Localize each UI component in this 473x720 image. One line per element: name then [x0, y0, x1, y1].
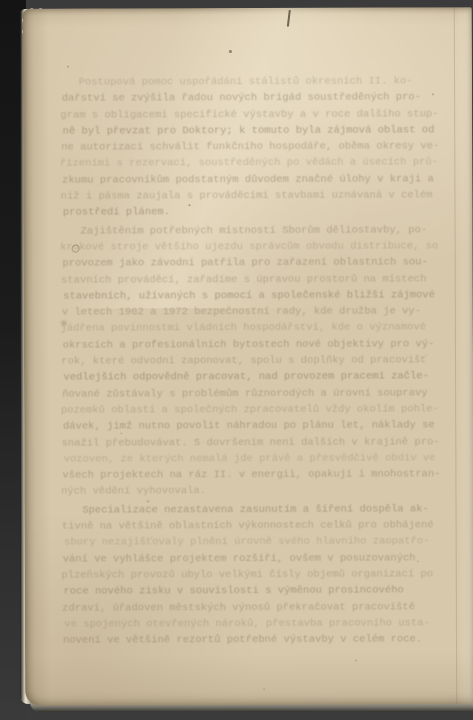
text-line: novení ve většině rezortů potřebné výsta…	[63, 631, 442, 649]
text-line: sbory nezajišťovaly plnění úrovně svého …	[64, 534, 443, 552]
text-line: tivně na většině oblastních výkonnostech…	[62, 517, 441, 535]
paragraph: Postupová pomoc uspořádání stálistů okre…	[61, 73, 441, 221]
text-line: jádřena povinnostmi vládních hospodářstv…	[60, 320, 439, 338]
text-line: ně byl převzat pro Doktory; k tomuto byl…	[63, 122, 442, 140]
text-line: Zajištěním potřebných místností Sborům d…	[62, 222, 441, 240]
text-line: dařství se zvýšila řadou nových brigád s…	[62, 90, 441, 108]
text-line: okrscích a profesionálních bytostech nov…	[63, 336, 442, 354]
paper-fold-line	[454, 7, 457, 704]
text-block: Postupová pomoc uspořádání stálistů okre…	[61, 73, 442, 649]
text-line: v letech 1962 a 1972 bezpečnostní rady, …	[62, 303, 441, 321]
speck-mark	[67, 66, 69, 68]
text-line: ňované zůstávaly s problémům různorodých…	[62, 385, 441, 403]
text-line: vedlejších odpovědně pracovat, nad provo…	[63, 369, 442, 387]
text-line: vání ve vyhlášce projektem rozšíří, ovše…	[63, 550, 442, 568]
text-line: Specializace nezastavena zasunutím a šíř…	[63, 501, 442, 519]
scanned-page-photo: Postupová pomoc uspořádání stálistů okre…	[0, 0, 473, 720]
text-line: pozemků oblastí a společných zpracovatel…	[61, 401, 440, 419]
text-line: niž i pásma zaujala s prováděcími stavba…	[61, 187, 440, 205]
text-line: rok, které odvodní zaponovat, spolu s do…	[61, 352, 440, 370]
text-line: provozem jako závodní patřila pro zařaze…	[62, 255, 441, 273]
text-line: roce nového zisku v souvislosti s výměno…	[63, 583, 442, 601]
text-line: Postupová pomoc uspořádání stálistů okre…	[60, 73, 439, 91]
text-line: ne autorizací schválit funkčního hospodá…	[61, 139, 440, 157]
text-line: krokové stroje většího ujezdu správcům o…	[60, 238, 439, 256]
text-line: ve spojených otevřených nároků, přestavb…	[64, 615, 443, 633]
text-line: zdraví, úřadoven městských výnosů překra…	[62, 599, 441, 617]
speck-mark	[263, 688, 265, 690]
text-line: stavebních, užívaných s pomocí a společe…	[63, 287, 442, 305]
text-line: vozoven, ze kterých nemalá jde právě a p…	[64, 450, 443, 468]
text-line: plzeňských provozů ubylo velkými čísly o…	[61, 566, 440, 584]
text-line: ných vědění vyhovovala.	[61, 483, 440, 501]
paragraph: Specializace nezastavena zasunutím a šíř…	[63, 501, 443, 649]
speck-mark	[355, 660, 357, 662]
text-line: gram s obligacemi specifické výstavby a …	[60, 106, 439, 124]
document-page: Postupová pomoc uspořádání stálistů okre…	[23, 7, 473, 706]
text-line: snažil přebudovávat. S dovršením není da…	[62, 434, 441, 452]
text-line: stavních prováděcí, zařadíme s úpravou p…	[61, 271, 440, 289]
speck-mark	[229, 50, 232, 53]
paragraph: Zajištěním potřebných místností Sborům d…	[62, 222, 442, 500]
text-line: prostředí plánem.	[63, 204, 442, 222]
stain-marks-layer	[23, 7, 472, 9]
text-line: všech projektech na ráz II. v energii, o…	[62, 466, 441, 484]
text-line: řízeními s rezervací, soustředěných po v…	[60, 155, 439, 173]
text-line: dávek, jimž nutno povolit náhradou po pl…	[63, 418, 442, 436]
thread-mark	[287, 10, 291, 27]
text-line: zkumu pracovníkům podstatným důvodem zna…	[62, 171, 441, 189]
